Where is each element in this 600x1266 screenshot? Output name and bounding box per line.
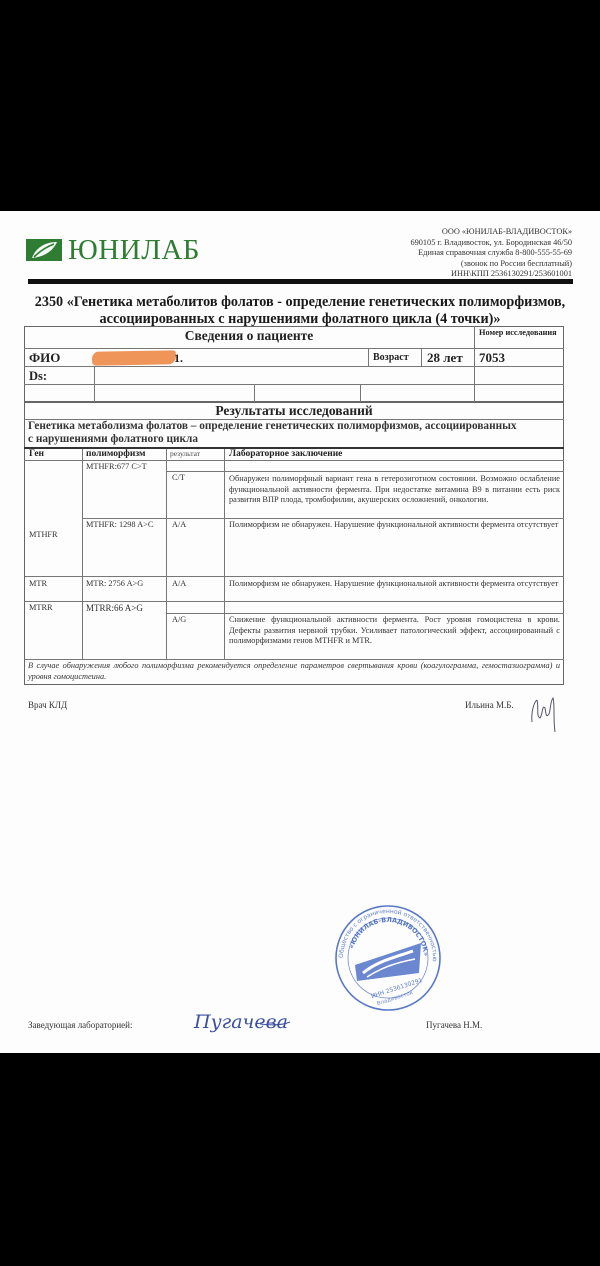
gene-mtr: MTR — [29, 579, 47, 590]
gene-mthfr: MTHFR — [29, 530, 58, 541]
col-header-conclusion: Лабораторное заключение — [229, 449, 342, 459]
doctor-label: Врач КЛД — [28, 700, 67, 710]
doctor-name: Ильина М.Б. — [465, 700, 514, 710]
company-address: 690105 г. Владивосток, ул. Бородинская 4… — [410, 238, 572, 249]
gene-mtrr: MTRR — [29, 603, 53, 614]
leaf-icon — [26, 239, 62, 261]
company-name: ООО «ЮНИЛАБ-ВЛАДИВОСТОК» — [410, 227, 572, 238]
row1-result: C/T — [172, 473, 185, 484]
patient-section-label: Сведения о пациенте — [24, 328, 474, 344]
study-number: 7053 — [479, 350, 505, 366]
logo-text: ЮНИЛАБ — [68, 236, 200, 264]
results-subtitle: Генетика метаболизма фолатов – определен… — [28, 420, 562, 447]
age-label: Возраст — [373, 352, 409, 363]
company-info: ООО «ЮНИЛАБ-ВЛАДИВОСТОК» 690105 г. Влади… — [410, 227, 572, 280]
company-logo: ЮНИЛАБ — [26, 236, 200, 264]
age-value: 28 лет — [427, 350, 463, 366]
svg-text:Пугачева: Пугачева — [193, 1011, 288, 1033]
fio-label: ФИО — [29, 350, 60, 366]
row3-polymorphism: MTR: 2756 A>G — [86, 579, 143, 590]
row4-polymorphism: MTRR:66 A>G — [86, 603, 143, 614]
head-name: Пугачева Н.М. — [426, 1020, 482, 1030]
results-section-label: Результаты исследований — [24, 403, 564, 419]
row4-result: A/G — [172, 615, 186, 626]
ds-label: Ds: — [29, 369, 47, 384]
col-header-gene: Ген — [29, 449, 44, 459]
head-label: Заведующая лабораторией: — [28, 1020, 132, 1030]
company-phone: Единая справочная служба 8-800-555-55-69 — [410, 248, 572, 259]
study-number-label: Номер исследования — [479, 328, 559, 339]
document-title: 2350 «Генетика метаболитов фолатов - опр… — [22, 294, 578, 328]
row2-polymorphism: MTHFR: 1298 A>C — [86, 520, 162, 531]
fio-value: 1. — [174, 351, 183, 366]
row2-result: A/A — [172, 520, 186, 531]
organization-stamp: Общество с ограниченной ответственностью… — [333, 903, 443, 1013]
header-divider — [28, 279, 573, 284]
row1-conclusion: Обнаружен полиморфный вариант гена в гет… — [229, 474, 560, 506]
redacted-name — [92, 350, 176, 365]
doctor-signature — [528, 692, 568, 736]
row3-result: A/A — [172, 579, 186, 590]
row3-conclusion: Полиморфизм не обнаружен. Нарушение функ… — [229, 579, 560, 590]
row4-conclusion: Снижение функциональной активности ферме… — [229, 615, 560, 647]
col-header-result: результат — [170, 449, 200, 458]
company-phone-note: (звонок по России бесплатный) — [410, 259, 572, 270]
row1-polymorphism: MTHFR:677 C>T — [86, 462, 147, 473]
recommendation-note: В случае обнаружения любого полиморфизма… — [28, 661, 560, 682]
row2-conclusion: Полиморфизм не обнаружен. Нарушение функ… — [229, 520, 560, 531]
col-header-polymorphism: полиморфизм — [86, 449, 145, 459]
head-signature: Пугачева — [190, 1004, 300, 1044]
